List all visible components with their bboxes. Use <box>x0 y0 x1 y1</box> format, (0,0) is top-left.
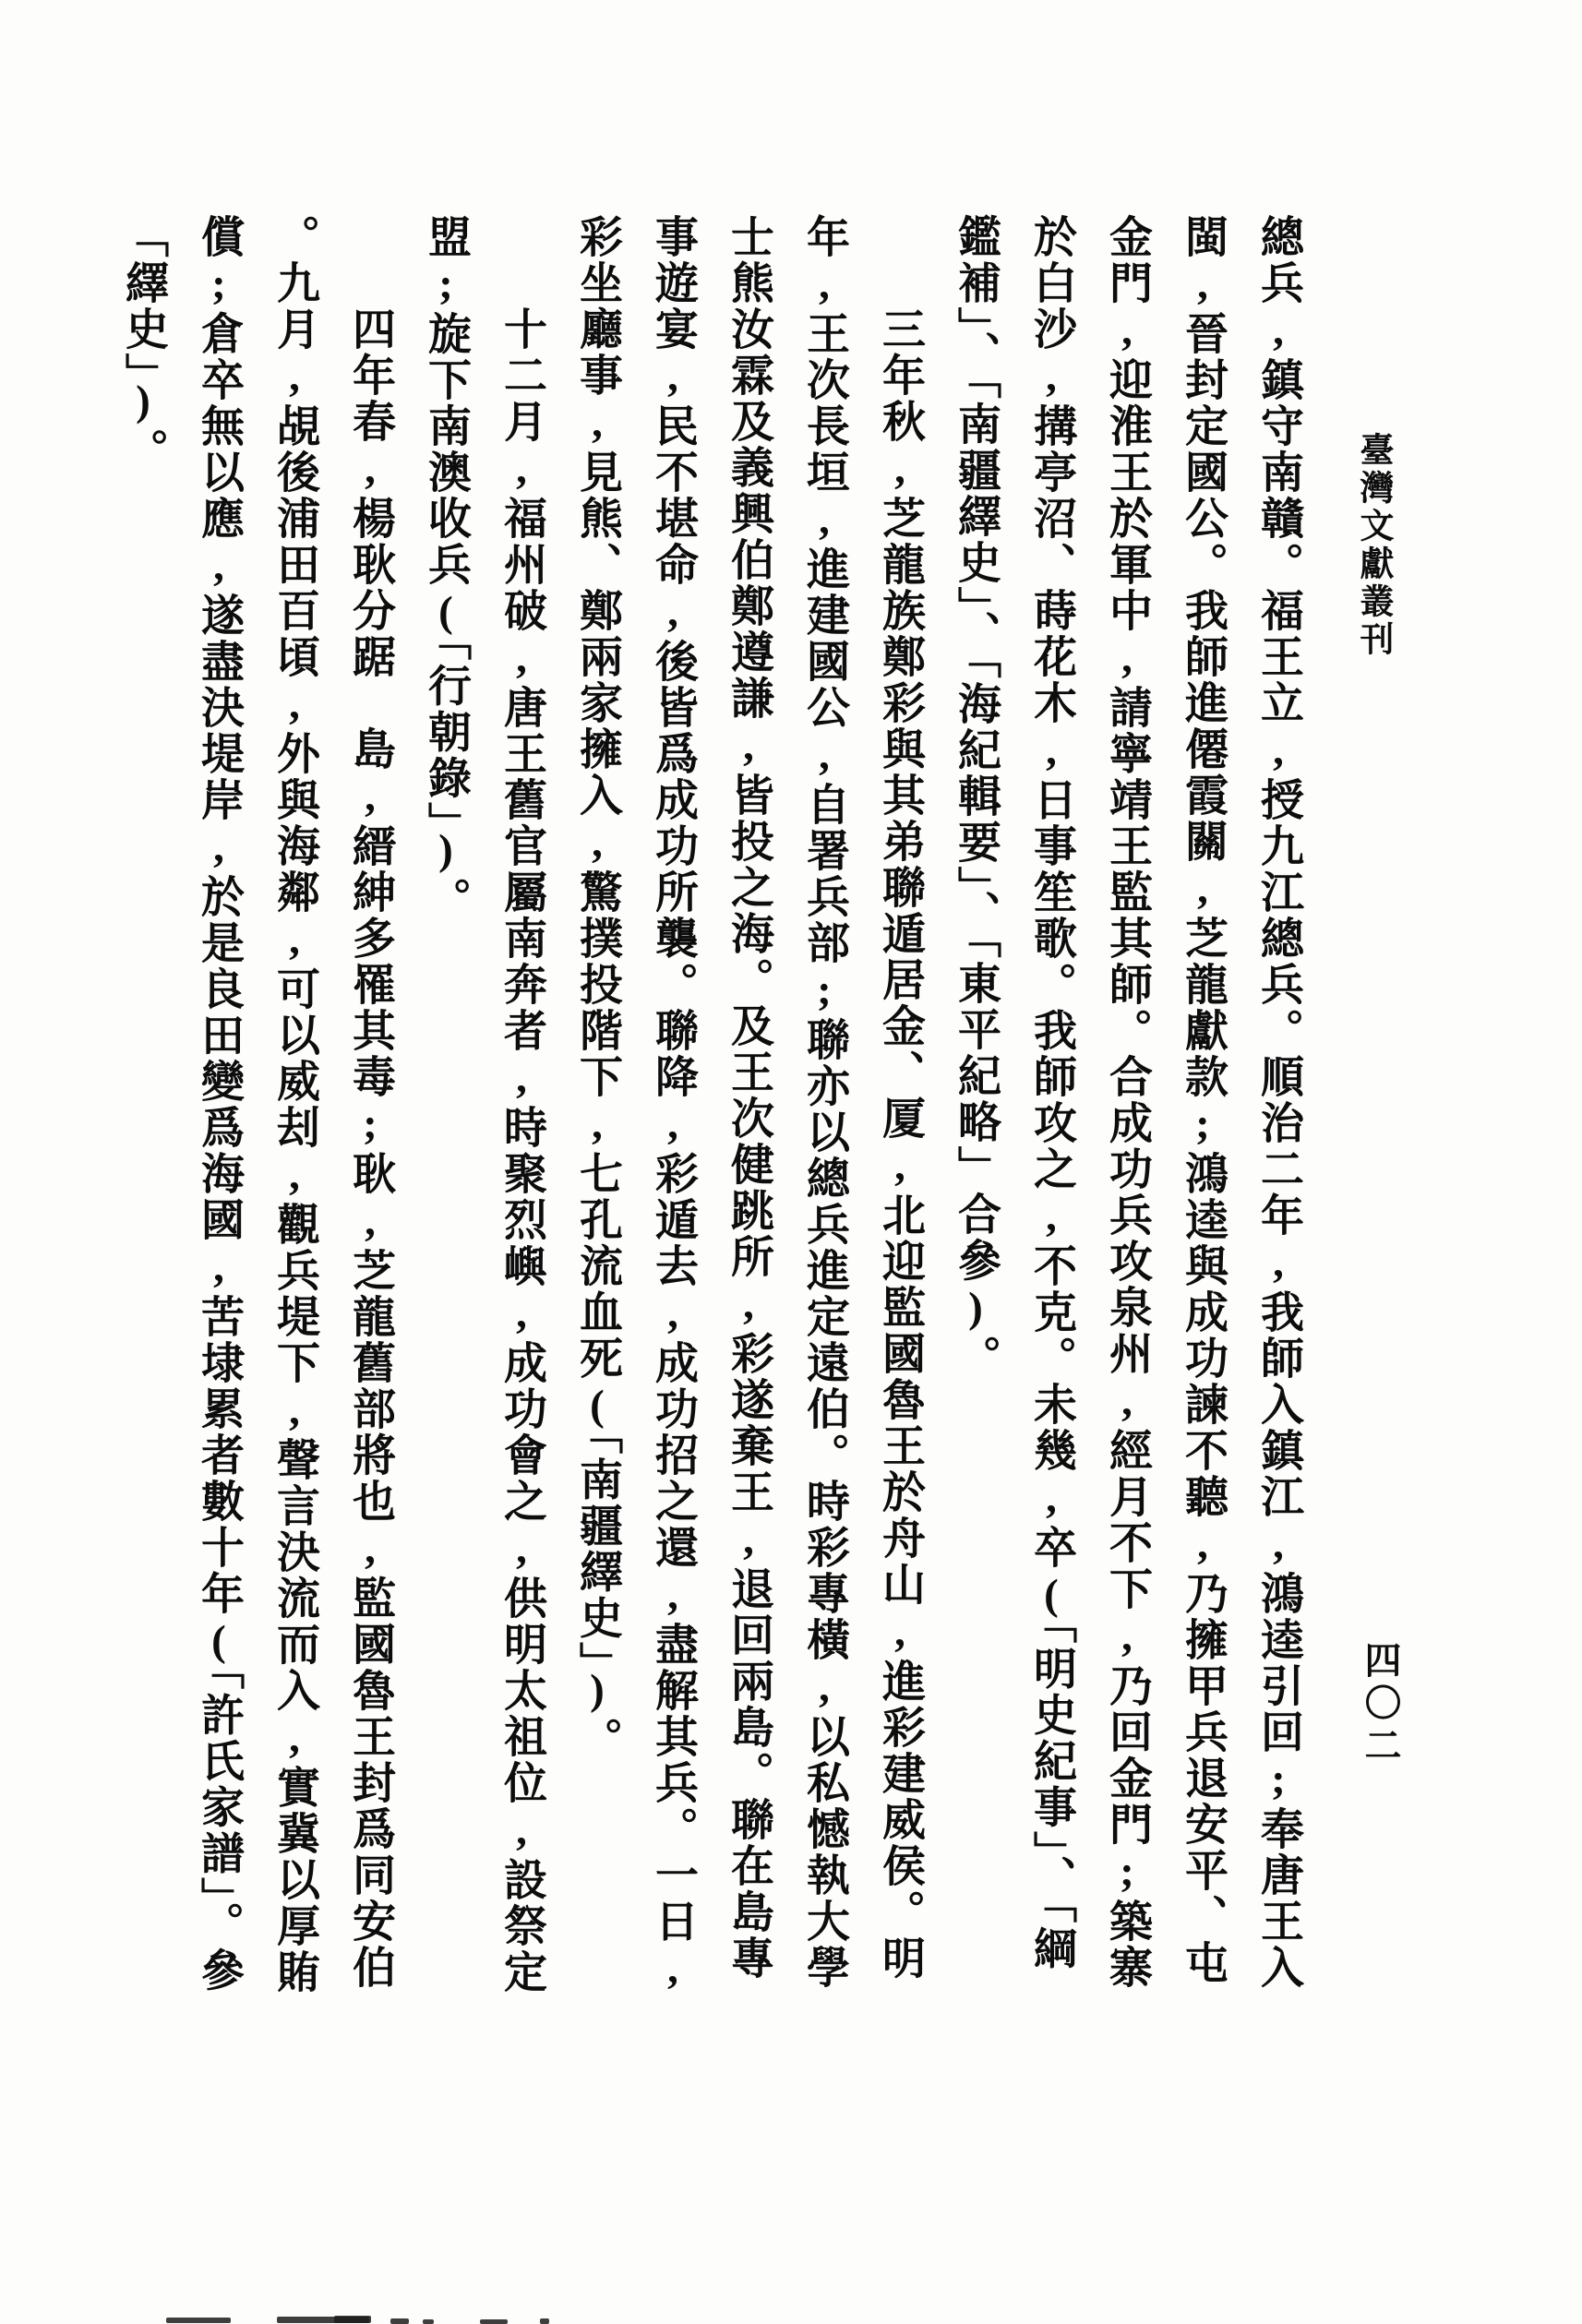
scan-artifact <box>390 2318 409 2324</box>
scan-artifact <box>334 2316 371 2323</box>
text-column-paragraph-start: 三年秋,芝龍族鄭彩與其弟聯遁居金、厦,北迎監國魯王於舟山,進彩建威侯。明 <box>862 214 938 1977</box>
text-column: 償;倉卒無以應,遂盡決堤岸,於是良田變爲海國,苦埭累者數十年(「許氏家譜」。參 <box>181 214 257 1977</box>
text-column: 彩坐廳事,見熊、鄭兩家擁入,驚撲投階下,七孔流血死(「南疆繹史」)。 <box>559 214 635 1977</box>
text-column: 於白沙,搆亭沼、蒔花木,日事笙歌。我師攻之,不克。未幾,卒(「明史紀事」、「綱 <box>1013 214 1089 1977</box>
text-column: 事遊宴,民不堪命,後皆爲成功所襲。聯降,彩遁去,成功招之還,盡解其兵。一日, <box>635 214 711 1977</box>
scanned-book-page: 臺灣文獻叢刊 四〇二 總兵,鎮守南贛。福王立,授九江總兵。順治二年,我師入鎮江,… <box>0 0 1582 2324</box>
scan-artifact <box>540 2318 549 2324</box>
scan-artifact <box>480 2319 508 2324</box>
text-column: 。九月,覘後浦田百頃,外與海鄰,可以威刦,觀兵堤下,聲言決流而入,實冀以厚賄 <box>257 214 332 1977</box>
scan-artifact <box>166 2318 231 2323</box>
text-column: 盟;旋下南澳收兵(「行朝錄」)。 <box>408 214 484 1977</box>
text-column-paragraph-start: 十二月,福州破,唐王舊官屬南奔者,時聚烈嶼,成功會之,供明太祖位,設祭定 <box>484 214 559 1977</box>
series-title: 臺灣文獻叢刊 <box>1351 432 1394 659</box>
text-column: 「繹史」)。 <box>105 214 181 1977</box>
text-block: 總兵,鎮守南贛。福王立,授九江總兵。順治二年,我師入鎮江,鴻逵引回;奉唐王入 閩… <box>105 214 1316 1977</box>
text-column: 閩,晉封定國公。我師進僊霞關,芝龍獻款;鴻逵與成功諫不聽,乃擁甲兵退安平、屯 <box>1165 214 1240 1977</box>
text-column: 士熊汝霖及義興伯鄭遵謙,皆投之海。及王次健跳所,彩遂棄王,退回兩島。聯在島專 <box>711 214 786 1977</box>
text-column: 鑑補」、「南疆繹史」、「海紀輯要」、「東平紀略」合參)。 <box>938 214 1013 1977</box>
text-column: 年,王次長垣,進建國公,自署兵部;聯亦以總兵進定遠伯。時彩專橫,以私憾執大學 <box>786 214 862 1977</box>
page-number: 四〇二 <box>1357 1641 1403 1768</box>
text-column: 金門,迎淮王於軍中,請寧靖王監其師。合成功兵攻泉州,經月不下,乃回金門;築寨 <box>1089 214 1165 1977</box>
scan-artifact <box>423 2319 434 2324</box>
text-column: 總兵,鎮守南贛。福王立,授九江總兵。順治二年,我師入鎮江,鴻逵引回;奉唐王入 <box>1240 214 1316 1977</box>
text-column-paragraph-start: 四年春,楊耿分踞 島,縉紳多罹其毒;耿,芝龍舊部將也,監國魯王封爲同安伯 <box>332 214 408 1977</box>
